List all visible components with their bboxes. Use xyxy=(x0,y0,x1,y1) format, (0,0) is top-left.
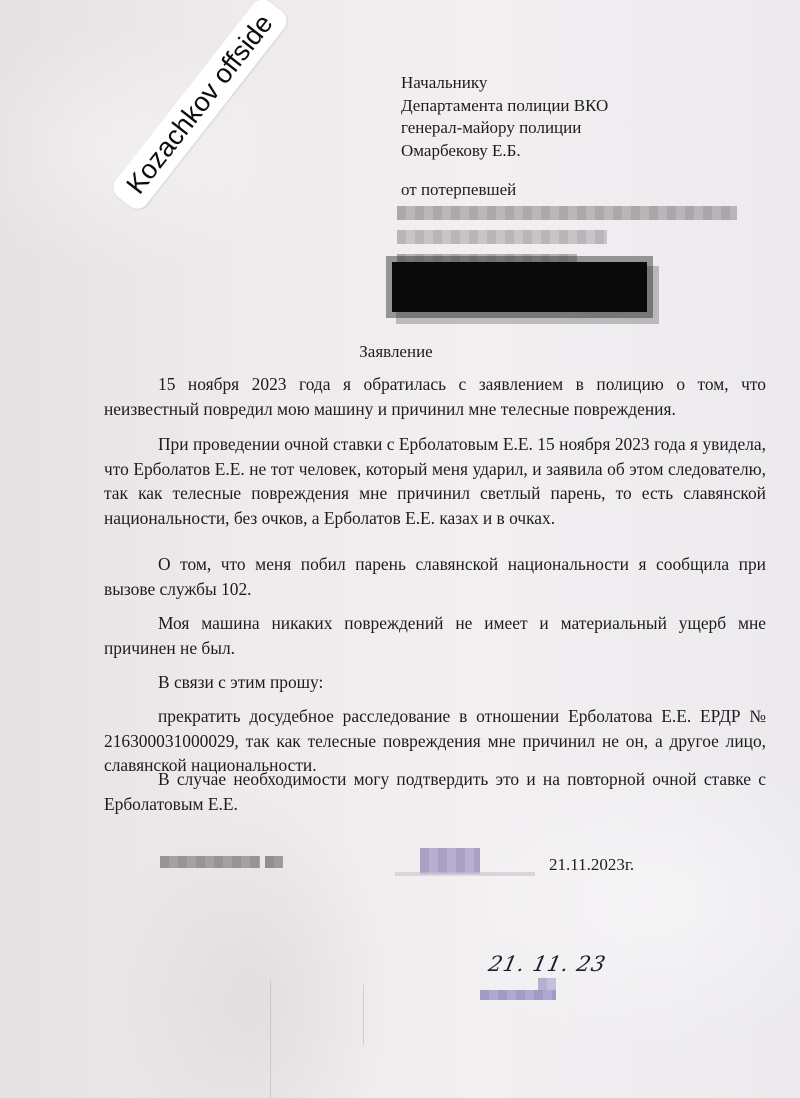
from-label: от потерпевшей xyxy=(401,180,516,200)
paper-crease xyxy=(363,985,364,1045)
paragraph-2: При проведении очной ставки с Ерболатовы… xyxy=(104,432,766,530)
redacted-sender-name xyxy=(397,206,737,220)
paper-background xyxy=(0,0,800,1098)
signature-line xyxy=(395,872,535,876)
redacted-signer-name xyxy=(160,856,260,868)
addressee-line: генерал-майору полиции xyxy=(401,117,608,140)
addressee-line: Департамента полиции ВКО xyxy=(401,95,608,118)
redacted-handwritten-signature-top xyxy=(538,978,556,990)
addressee-line: Омарбекову Е.Б. xyxy=(401,140,608,163)
document-title: Заявление xyxy=(0,342,800,362)
paragraph-7: В случае необходимости могу подтвердить … xyxy=(104,767,766,816)
redacted-black-block xyxy=(392,262,647,312)
signature-date: 21.11.2023г. xyxy=(549,855,634,875)
handwritten-date: 21. 11. 23 xyxy=(486,952,608,976)
paragraph-1: 15 ноября 2023 года я обратилась с заявл… xyxy=(104,372,766,421)
paragraph-5: В связи с этим прошу: xyxy=(104,670,766,695)
addressee-block: Начальнику Департамента полиции ВКО гене… xyxy=(401,72,608,162)
paragraph-4: Моя машина никаких повреждений не имеет … xyxy=(104,611,766,660)
paper-crease xyxy=(270,980,271,1098)
redacted-signature xyxy=(420,848,480,874)
addressee-line: Начальнику xyxy=(401,72,608,95)
redacted-signer-initials xyxy=(265,856,283,868)
redacted-sender-address xyxy=(397,230,607,244)
paragraph-3: О том, что меня побил парень славянской … xyxy=(104,552,766,601)
redacted-handwritten-signature xyxy=(480,990,556,1000)
